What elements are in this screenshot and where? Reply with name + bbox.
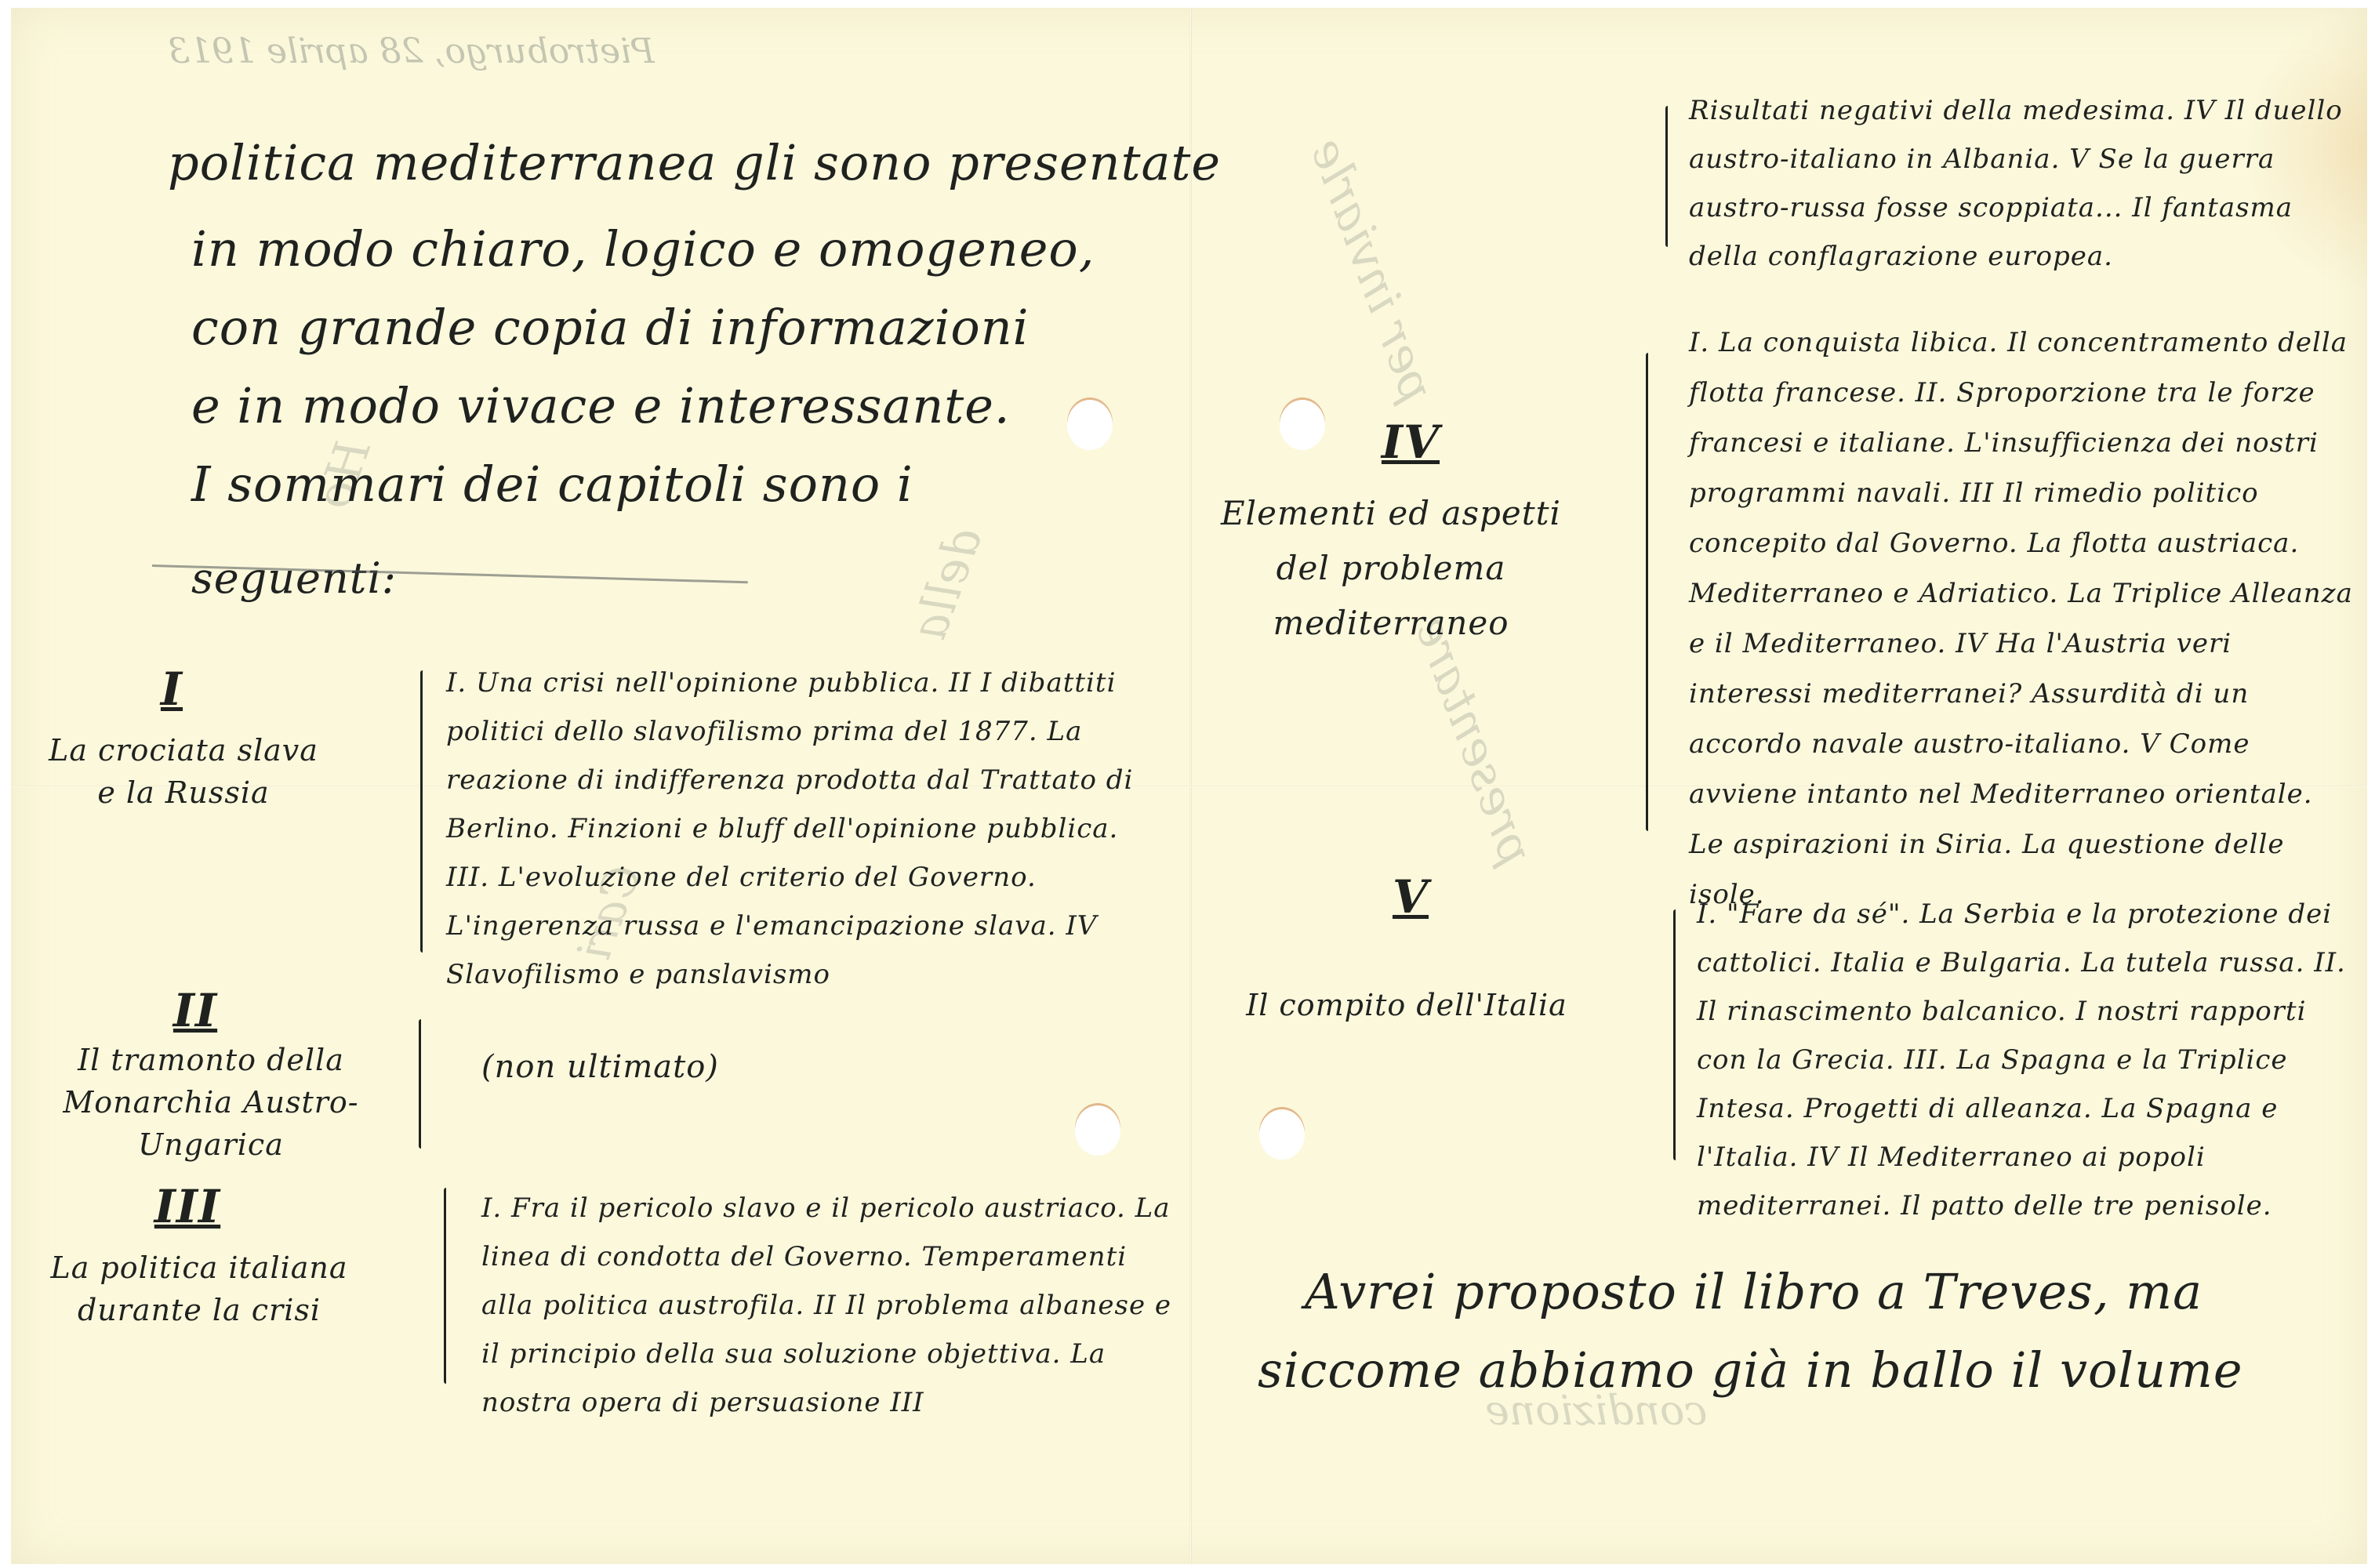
intro-line: in modo chiaro, logico e omogeneo, [191,212,1095,287]
chapter-summary: I. Fra il pericolo slavo e il pericolo a… [481,1184,1171,1427]
closing-line: Avrei proposto il libro a Treves, ma [1305,1254,2203,1330]
intro-line: con grande copia di informazioni [191,290,1029,365]
chapter-summary: I. "Fare da sé". La Serbia e la protezio… [1697,890,2348,1230]
chapter-numeral: V [1367,870,1454,924]
date-line: Pietroburgo, 28 aprile 1913 [168,31,655,71]
brace [1673,909,1676,1160]
left-page: Pietroburgo, 28 aprile 1913 Ho della Car… [11,8,1187,1564]
chapter-summary: (non ultimato) [481,1043,952,1091]
brace [1665,106,1668,247]
chapter-title: Elementi ed aspetti del problema mediter… [1218,486,1563,651]
chapter-numeral: I [129,662,215,716]
chapter-title: Il tramonto della Monarchia Austro-Ungar… [27,1039,395,1166]
chapter-title: La politica italiana durante la crisi [42,1247,356,1331]
brace [444,1188,446,1384]
chapter-numeral: IV [1360,416,1462,469]
right-page: per inviarle presentare condizione Risul… [1187,8,2367,1564]
bleed-through-text: per inviarle [1299,132,1445,409]
chapter-numeral: II [152,984,238,1037]
chapter-summary: I. La conquista libica. Il concentrament… [1689,318,2355,920]
chapter-summary-continued: Risultati negativi della medesima. IV Il… [1689,86,2348,281]
intro-line: I sommari dei capitoli sono i [191,447,913,522]
brace [420,670,423,953]
brace [419,1019,421,1149]
chapter-title: Il compito dell'Italia [1226,984,1587,1026]
intro-line: seguenti: [191,541,397,616]
letter-sheet: Pietroburgo, 28 aprile 1913 Ho della Car… [11,8,2367,1564]
chapter-title: La crociata slava e la Russia [34,729,332,814]
brace [1646,353,1648,831]
chapter-numeral: III [144,1180,231,1233]
closing-line: siccome abbiamo già in ballo il volume [1258,1333,2243,1408]
intro-line: e in modo vivace e interessante. [191,368,1011,444]
chapter-summary: I. Una crisi nell'opinione pubblica. II … [446,659,1168,999]
bleed-through-text: della [902,520,993,648]
intro-line: politica mediterranea gli sono presentat… [168,125,1221,201]
